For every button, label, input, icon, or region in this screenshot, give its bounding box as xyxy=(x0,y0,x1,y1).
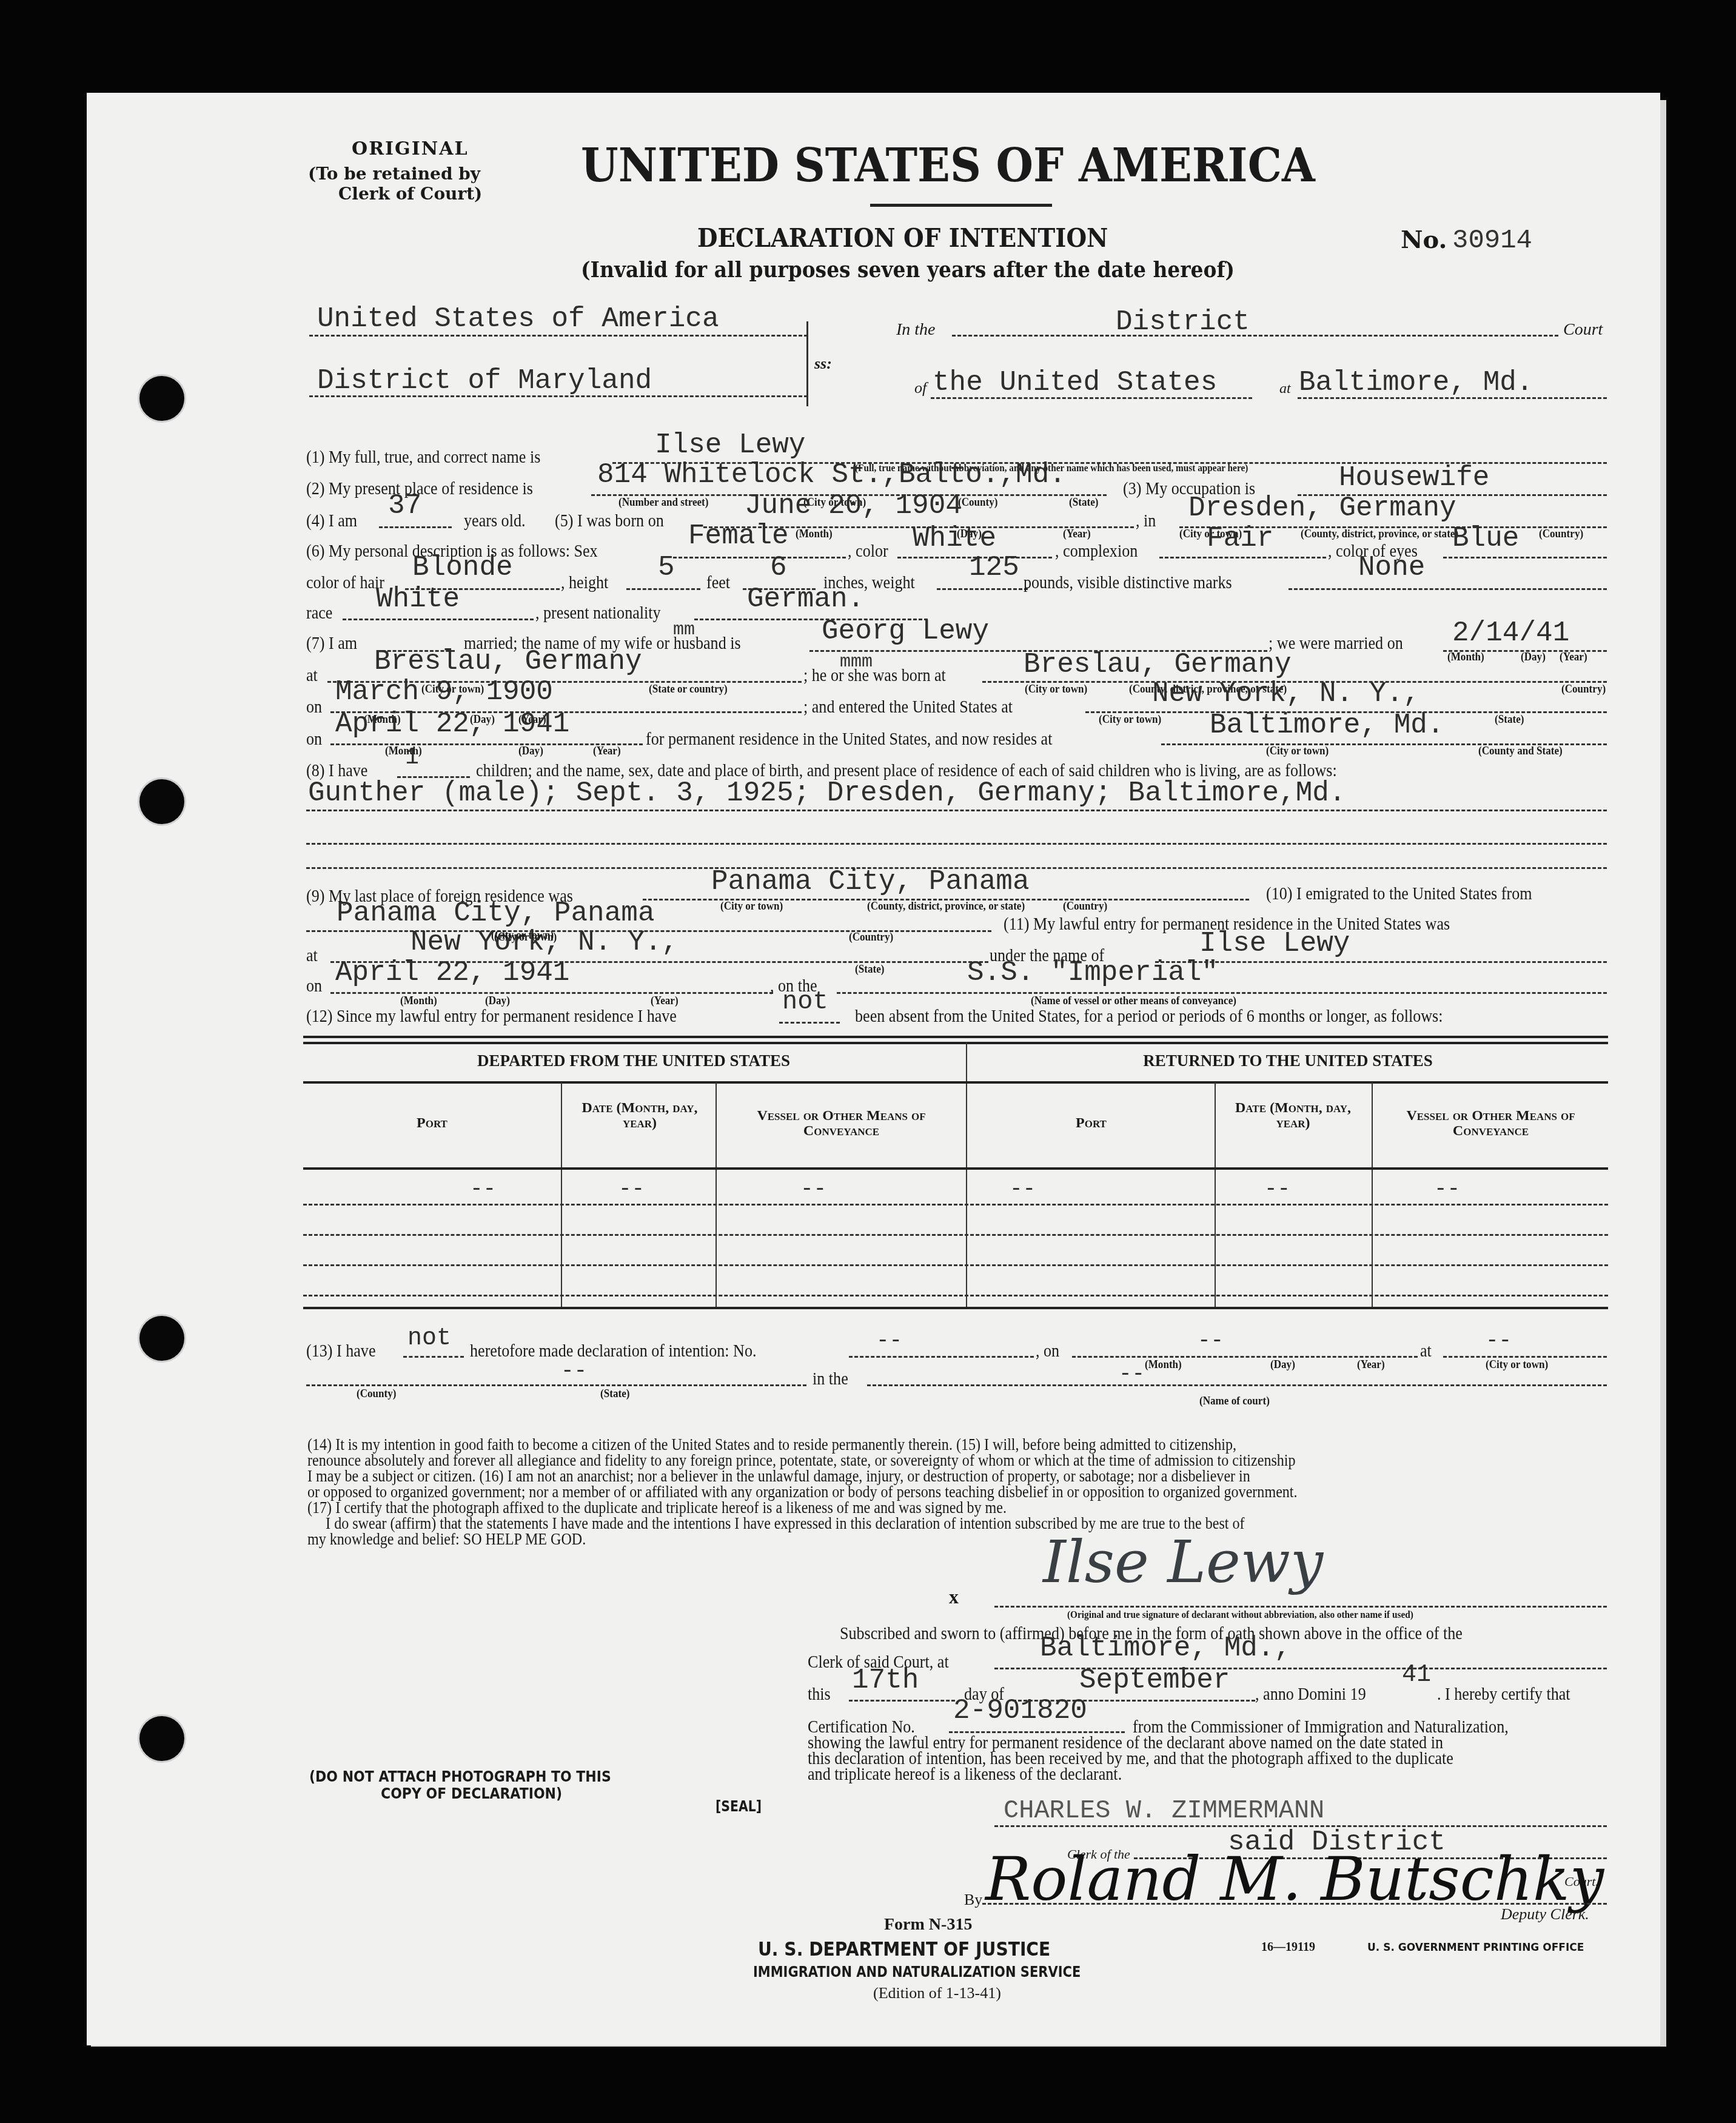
spouse-born-label: ; he or she was born at xyxy=(803,666,946,686)
caption: (City or town) xyxy=(1266,745,1329,758)
certify-label: . I hereby certify that xyxy=(1437,1685,1570,1705)
form-subtitle: DECLARATION OF INTENTION xyxy=(697,223,1108,253)
caption: (Year) xyxy=(1063,528,1091,541)
in-label: , in xyxy=(1136,511,1156,531)
complexion-label: , complexion xyxy=(1055,542,1138,562)
entered-label: ; and entered the United States at xyxy=(803,697,1013,717)
field-line xyxy=(403,1356,464,1358)
height-label: , height xyxy=(561,573,608,593)
table-rule xyxy=(303,1167,1608,1170)
field-line xyxy=(937,588,1028,590)
spouse-birth-date: March 9, 1900 xyxy=(335,676,553,708)
caption: (City or town) xyxy=(1099,713,1161,726)
col-header: Date (Month, day, year) xyxy=(576,1101,703,1131)
row-line xyxy=(303,1264,1608,1266)
table-rule xyxy=(303,1081,1608,1084)
in-the-label: In the xyxy=(896,320,936,340)
spouse-entry-date: April 22, 1941 xyxy=(335,708,569,740)
seal-label: [SEAL] xyxy=(716,1798,762,1815)
q4-label: (4) I am xyxy=(306,511,357,531)
complexion: Fair xyxy=(1207,523,1273,554)
on-label: , on xyxy=(1036,1341,1059,1361)
emigrated-from: Panama City, Panama xyxy=(337,897,655,929)
q13-text: heretofore made declaration of intention… xyxy=(470,1341,757,1361)
q7-label: (7) I am xyxy=(306,634,357,654)
court-location: Baltimore, Md. xyxy=(1299,367,1533,398)
certification-number: 2-901820 xyxy=(953,1695,1087,1726)
children-count: 1 xyxy=(405,745,419,771)
caption: (Day) xyxy=(518,745,543,758)
prior-declaration-court: -- xyxy=(1119,1361,1145,1386)
at-label: at xyxy=(306,946,318,966)
field-line xyxy=(1298,397,1607,399)
caption: (Number and street) xyxy=(618,496,709,509)
jurat-year: 41 xyxy=(1402,1662,1431,1689)
col-header: Date (Month, day, year) xyxy=(1228,1101,1358,1131)
this-label: this xyxy=(808,1685,831,1705)
eyes: Blue xyxy=(1452,523,1519,554)
prior-declaration-place: -- xyxy=(1486,1328,1512,1353)
court-label: Court xyxy=(1563,320,1603,340)
anno-label: , anno Domini 19 xyxy=(1255,1685,1366,1705)
field-line xyxy=(849,1356,1034,1358)
jurisdiction-district: District of Maryland xyxy=(317,365,652,397)
jurat-day: 17th xyxy=(852,1665,919,1696)
field-line xyxy=(837,992,1607,994)
edition: (Edition of 1-13-41) xyxy=(873,1984,1001,2002)
field-line xyxy=(1443,557,1607,558)
service-name: IMMIGRATION AND NATURALIZATION SERVICE xyxy=(753,1963,1081,1980)
caption: (City or town) xyxy=(1025,683,1087,696)
marks: None xyxy=(1358,552,1425,583)
printer: U. S. GOVERNMENT PRINTING OFFICE xyxy=(1367,1942,1584,1954)
caption: (Year) xyxy=(1357,1358,1385,1372)
caption: (Month) xyxy=(400,994,437,1008)
validity-note: (Invalid for all purposes seven years af… xyxy=(581,258,1235,283)
punch-hole xyxy=(139,779,184,824)
at-label: at xyxy=(1279,381,1291,397)
photo-note: COPY OF DECLARATION) xyxy=(381,1785,562,1802)
sex: Female xyxy=(688,520,789,552)
row-line xyxy=(303,1204,1608,1206)
col-header: Port xyxy=(968,1116,1215,1131)
field-line xyxy=(379,526,452,528)
photo-note: (DO NOT ATTACH PHOTOGRAPH TO THIS xyxy=(309,1768,611,1785)
col-divider xyxy=(1372,1082,1373,1307)
declaration-number: 30914 xyxy=(1452,226,1532,256)
field-line xyxy=(673,557,846,558)
nationality-label: , present nationality xyxy=(535,603,661,623)
caption: (County) xyxy=(958,496,998,509)
department-name: U. S. DEPARTMENT OF JUSTICE xyxy=(758,1937,1050,1960)
ss-label: ss: xyxy=(814,355,832,373)
spouse-name: Georg Lewy xyxy=(822,615,989,647)
caption: (Day) xyxy=(485,994,510,1008)
color-label: , color xyxy=(848,542,888,562)
race: White xyxy=(376,583,460,615)
signature-caption: (Original and true signature of declaran… xyxy=(1067,1609,1413,1621)
col-header: Vessel or Other Means of Conveyance xyxy=(1373,1108,1608,1139)
of-label: of xyxy=(914,379,927,397)
birth-place: Dresden, Germany xyxy=(1188,492,1456,524)
hair: Blonde xyxy=(412,552,513,583)
hair-label: color of hair xyxy=(306,573,384,593)
cell: -- xyxy=(618,1176,645,1201)
birth-date: June 20, 1904 xyxy=(745,490,962,522)
q13-value: not xyxy=(407,1325,451,1352)
col-divider xyxy=(716,1082,717,1307)
caption: (Month) xyxy=(1145,1358,1182,1372)
q12-value: not xyxy=(782,987,828,1016)
cell: -- xyxy=(1010,1176,1036,1201)
caption: (Month) xyxy=(796,528,833,541)
caption: (Country) xyxy=(1561,683,1606,696)
at-label: at xyxy=(306,666,318,686)
field-line xyxy=(309,395,808,397)
caption: (Year) xyxy=(651,994,679,1008)
field-line xyxy=(626,588,700,590)
vessel-name: S.S. "Imperial" xyxy=(967,957,1218,988)
field-line xyxy=(309,335,808,337)
q10-label: (10) I emigrated to the United States fr… xyxy=(1266,884,1532,904)
declarant-signature: Ilse Lewy xyxy=(1043,1528,1323,1596)
prior-declaration-county: -- xyxy=(561,1358,587,1383)
age: 37 xyxy=(388,490,421,522)
oath-line: my knowledge and belief: SO HELP ME GOD. xyxy=(307,1532,586,1548)
field-line xyxy=(306,843,1607,845)
col-header: Port xyxy=(303,1116,561,1131)
title-rule xyxy=(870,204,1052,207)
children-details: Gunther (male); Sept. 3, 1925; Dresden, … xyxy=(308,777,1346,809)
field-line xyxy=(952,335,1558,337)
court-of: the United States xyxy=(933,367,1217,398)
strike-mark: mm xyxy=(673,620,695,640)
residence: 814 Whitelock St.,Balto.,Md. xyxy=(597,459,1066,491)
spouse-resides: Baltimore, Md. xyxy=(1210,709,1444,741)
field-line xyxy=(1289,588,1607,590)
jurisdiction-country: United States of America xyxy=(317,303,719,335)
clerk-name: CHARLES W. ZIMMERMANN xyxy=(1004,1796,1324,1825)
q4-suffix: years old. xyxy=(464,511,525,531)
q1-label: (1) My full, true, and correct name is xyxy=(306,448,540,468)
row-line xyxy=(303,1295,1608,1296)
cell: -- xyxy=(800,1176,826,1201)
field-line xyxy=(1443,1356,1607,1358)
spouse-entry-place: New York, N. Y., xyxy=(1152,678,1420,709)
court-type: District xyxy=(1116,306,1250,338)
field-line xyxy=(330,992,773,994)
caption: (State) xyxy=(1495,713,1524,726)
feet-label: feet xyxy=(706,573,730,593)
jurat-month: September xyxy=(1079,1665,1230,1696)
punch-hole xyxy=(139,1716,184,1761)
cell: -- xyxy=(470,1176,496,1201)
page-title: UNITED STATES OF AMERICA xyxy=(581,138,1315,192)
jurat-location: Baltimore, Md., xyxy=(1040,1632,1291,1664)
caption: (Day) xyxy=(1270,1358,1295,1372)
field-line xyxy=(982,1903,1607,1905)
field-line xyxy=(779,1022,840,1024)
nationality: German. xyxy=(747,583,864,615)
caption: (County, district, province, or state) xyxy=(1301,528,1458,541)
form-number: Form N-315 xyxy=(884,1915,972,1934)
field-line xyxy=(306,810,1607,811)
punch-hole xyxy=(139,1316,184,1361)
table-rule xyxy=(303,1036,1608,1038)
departed-header: DEPARTED FROM THE UNITED STATES xyxy=(303,1052,964,1069)
race-label: race xyxy=(306,603,332,623)
prior-declaration-date: -- xyxy=(1198,1328,1224,1353)
entry-date: April 22, 1941 xyxy=(335,957,569,988)
caption: (State) xyxy=(1069,496,1098,509)
col-header: Vessel or Other Means of Conveyance xyxy=(719,1108,964,1139)
caption: (Year) xyxy=(593,745,621,758)
on-label: on xyxy=(306,697,322,717)
caption: (Country) xyxy=(849,931,893,944)
table-rule xyxy=(303,1307,1608,1309)
married-at: Breslau, Germany xyxy=(374,646,642,677)
foreign-residence: Panama City, Panama xyxy=(711,866,1030,897)
at-label: at xyxy=(1420,1341,1432,1361)
color: White xyxy=(913,523,996,554)
col-divider xyxy=(561,1082,562,1307)
spouse-birthplace: Breslau, Germany xyxy=(1024,649,1292,680)
q5-label: (5) I was born on xyxy=(555,511,664,531)
prior-declaration-number: -- xyxy=(876,1328,902,1353)
bracket xyxy=(806,321,808,406)
row-line xyxy=(303,1234,1608,1236)
caption: (Name of vessel or other means of convey… xyxy=(1031,994,1236,1008)
field-line xyxy=(1159,557,1326,558)
caption: (State or country) xyxy=(649,683,728,696)
caption: (Country) xyxy=(1539,528,1583,541)
caption: (County) xyxy=(357,1387,397,1401)
caption: (City or town) xyxy=(1486,1358,1548,1372)
caption: (Day) xyxy=(1521,651,1546,664)
signature-line xyxy=(994,1606,1607,1608)
caption: (City or town) xyxy=(720,900,783,913)
caption: (State) xyxy=(855,963,884,976)
caption: (Year) xyxy=(1560,651,1587,664)
print-code: 16—19119 xyxy=(1261,1940,1315,1954)
height-inches: 6 xyxy=(770,552,787,583)
by-label: By xyxy=(964,1891,982,1909)
on-label: on xyxy=(306,976,322,996)
field-line xyxy=(343,619,534,620)
strike-mark: mmm xyxy=(840,652,873,672)
field-line xyxy=(931,397,1252,399)
copy-note: (To be retained by xyxy=(308,164,480,184)
weight: 125 xyxy=(969,552,1019,583)
caption: (Month) xyxy=(1447,651,1484,664)
caption: (Name of court) xyxy=(1199,1395,1270,1408)
col-divider xyxy=(1215,1082,1216,1307)
entry-name: Ilse Lewy xyxy=(1199,928,1350,959)
x-mark: x xyxy=(949,1586,959,1608)
cell: -- xyxy=(1264,1176,1290,1201)
returned-header: RETURNED TO THE UNITED STATES xyxy=(968,1052,1608,1069)
field-line xyxy=(306,1384,806,1386)
declaration-number-label: No. xyxy=(1401,226,1447,254)
copy-label: ORIGINAL xyxy=(352,138,469,159)
full-name: Ilse Lewy xyxy=(655,429,805,461)
caption: (State) xyxy=(600,1387,629,1401)
cell: -- xyxy=(1434,1176,1460,1201)
occupation: Housewife xyxy=(1339,462,1489,494)
field-line xyxy=(849,1700,955,1702)
punch-hole xyxy=(139,376,184,421)
q13-label: (13) I have xyxy=(306,1341,375,1361)
pounds-label: pounds, visible distinctive marks xyxy=(1024,573,1232,593)
field-line xyxy=(867,1384,1607,1386)
caption: (City or town) xyxy=(491,929,554,942)
in-the-label: in the xyxy=(813,1369,848,1389)
q12-suffix: been absent from the United States, for … xyxy=(855,1007,1443,1027)
table-rule xyxy=(303,1042,1608,1044)
q12-label: (12) Since my lawful entry for permanent… xyxy=(306,1007,677,1027)
cert-text: and triplicate hereof is a likeness of t… xyxy=(808,1765,1122,1785)
height-feet: 5 xyxy=(658,552,675,583)
on-label: on xyxy=(306,729,322,750)
copy-note: Clerk of Court) xyxy=(338,184,482,204)
field-line xyxy=(1155,961,1607,963)
permanent-label: for permanent residence in the United St… xyxy=(646,729,1052,750)
caption: (County and State) xyxy=(1478,745,1563,758)
deputy-label: Deputy Clerk. xyxy=(1501,1905,1589,1923)
married-on: 2/14/41 xyxy=(1452,617,1569,649)
caption: (Country) xyxy=(1063,900,1107,913)
field-line xyxy=(1072,1356,1418,1358)
caption: (County, district, province, or state) xyxy=(867,900,1025,913)
